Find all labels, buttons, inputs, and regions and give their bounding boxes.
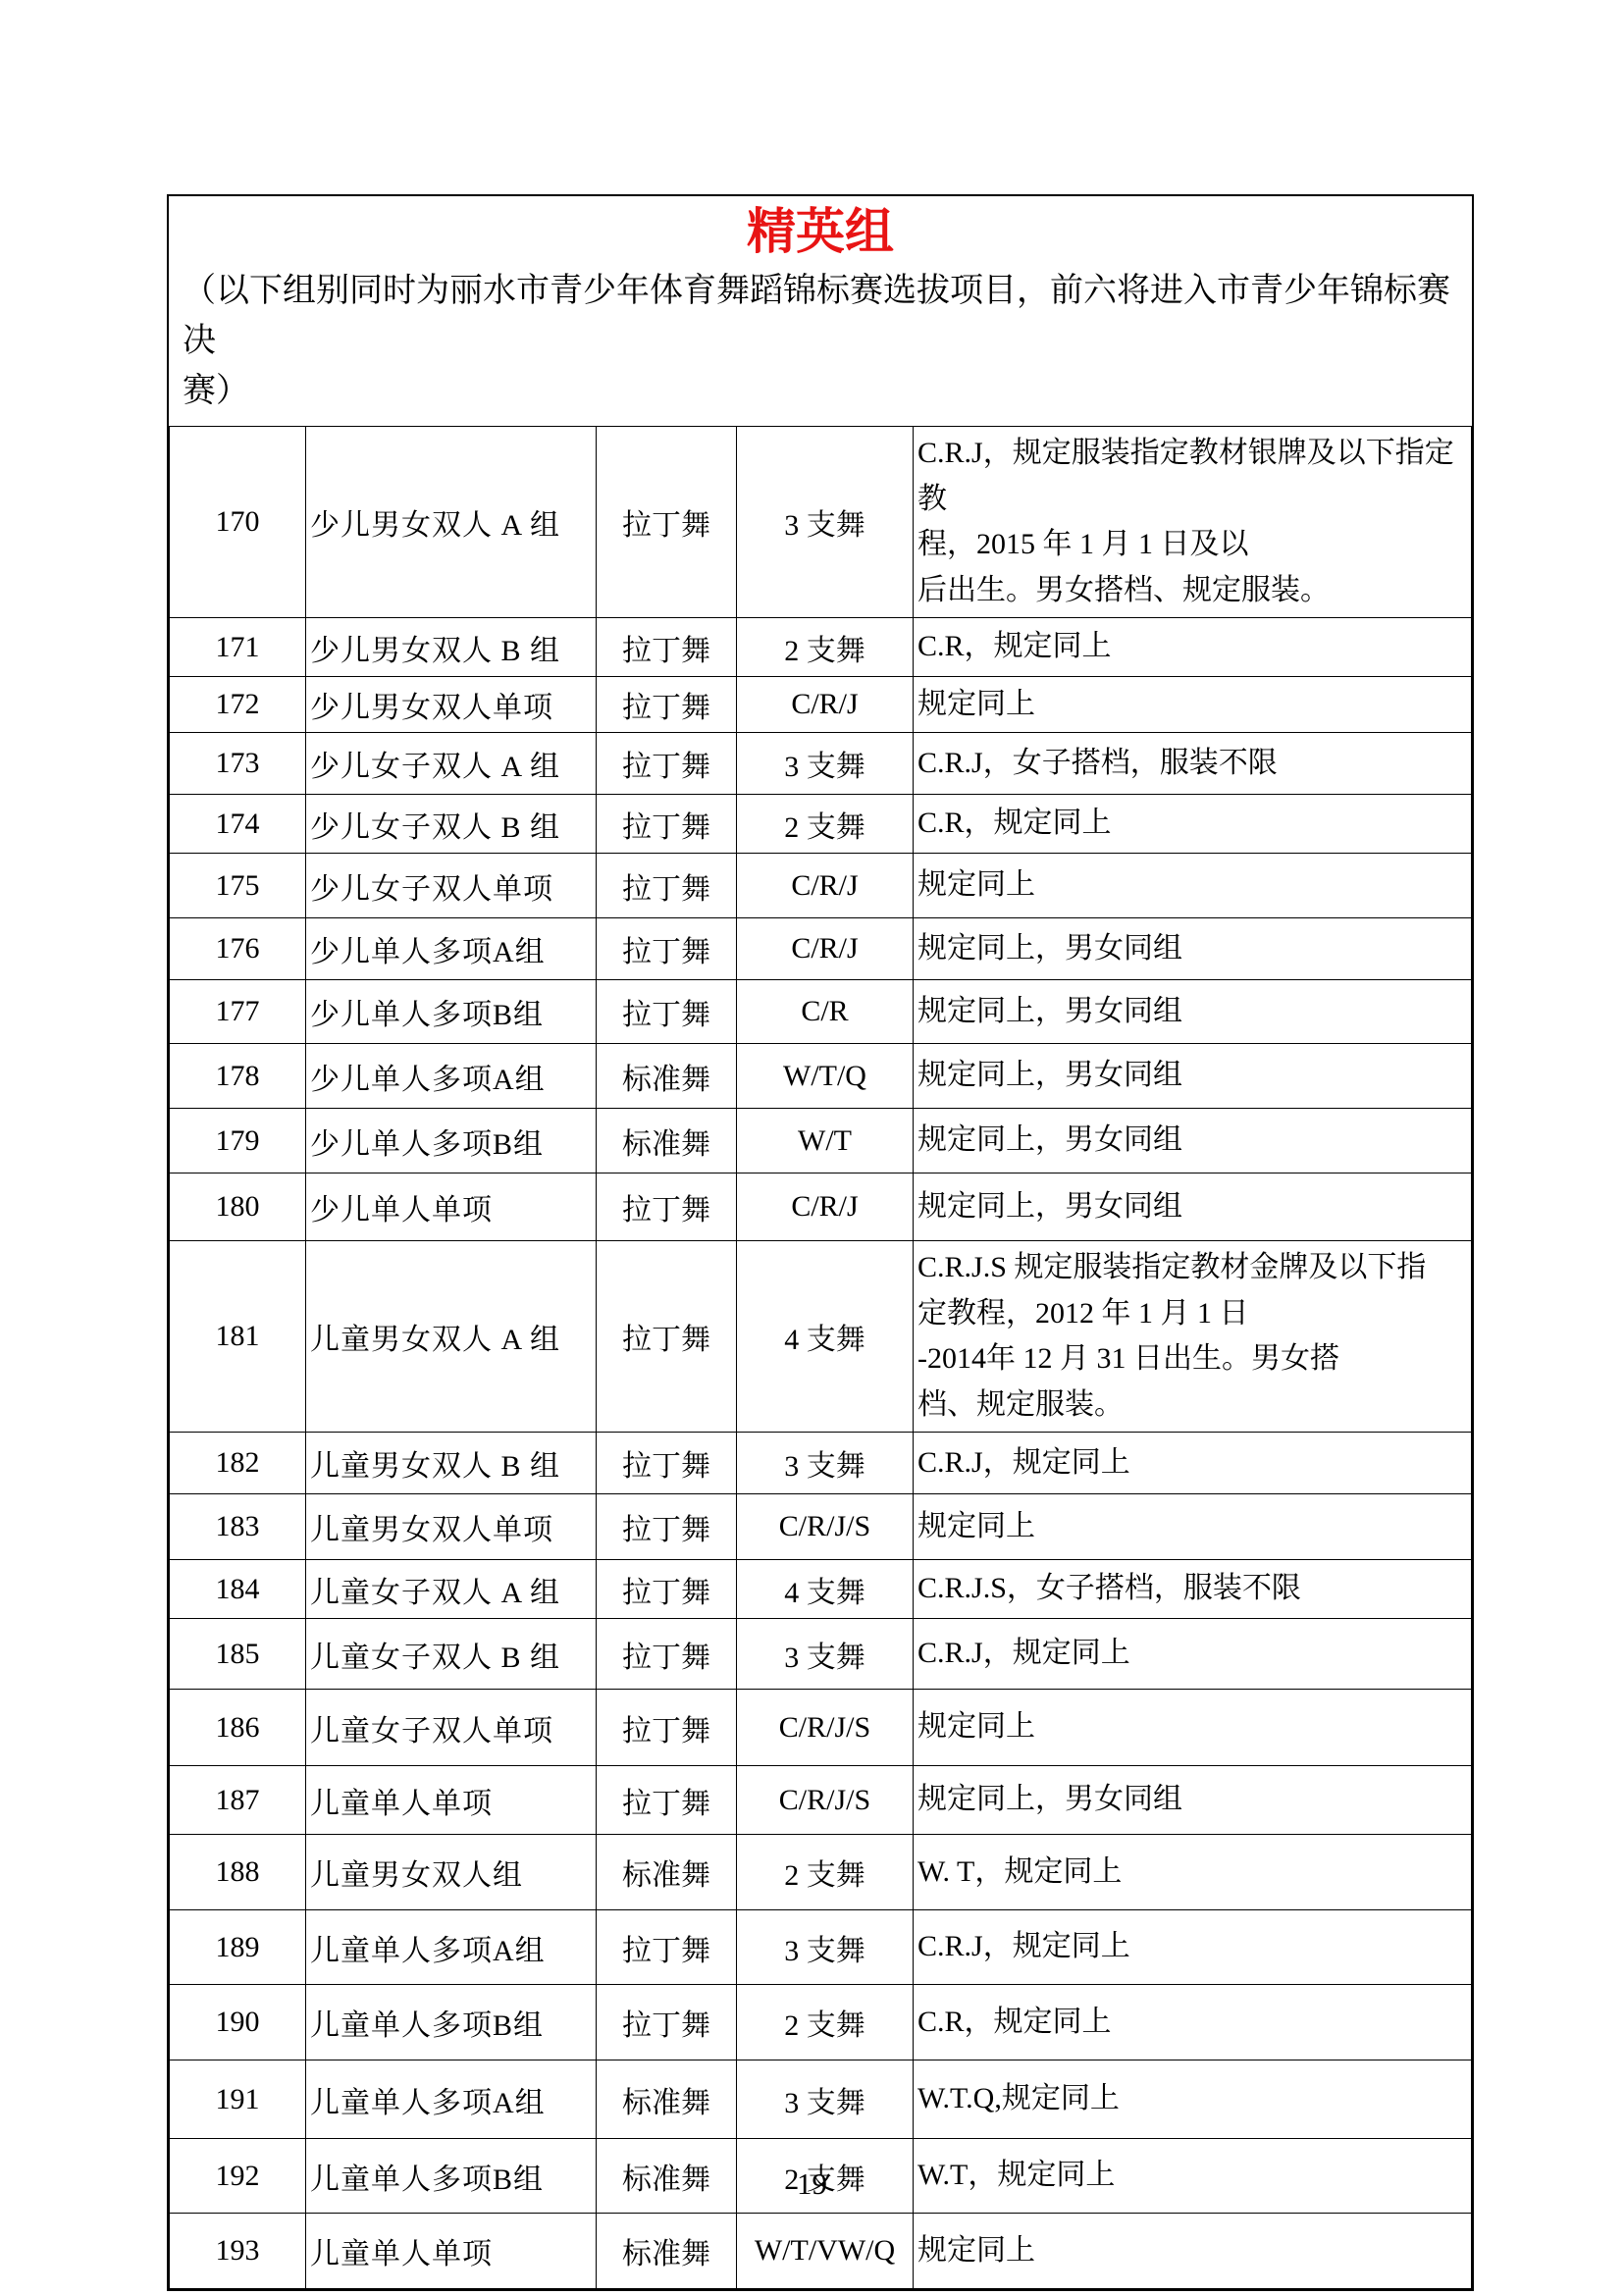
dance-type-cell: 拉丁舞: [597, 1910, 737, 1985]
table-row: 173少儿女子双人 A 组拉丁舞3 支舞C.R.J，女子搭档，服装不限: [170, 733, 1472, 795]
table-row: 187儿童单人单项拉丁舞C/R/J/S规定同上，男女同组: [170, 1766, 1472, 1835]
table-row: 174少儿女子双人 B 组拉丁舞2 支舞C.R，规定同上: [170, 795, 1472, 854]
dance-count-cell: W/T: [737, 1109, 914, 1174]
dance-count-cell: 3 支舞: [737, 733, 914, 795]
remark-cell: 规定同上，男女同组: [914, 1766, 1472, 1835]
row-number-cell: 191: [170, 2060, 306, 2139]
group-name-cell: 儿童女子双人单项: [306, 1690, 597, 1766]
group-name-cell: 儿童女子双人 B 组: [306, 1619, 597, 1690]
row-number-cell: 190: [170, 1985, 306, 2060]
remark-cell: 规定同上: [914, 1690, 1472, 1766]
row-number-cell: 181: [170, 1241, 306, 1433]
row-number-cell: 182: [170, 1433, 306, 1494]
row-number-cell: 178: [170, 1044, 306, 1109]
qualification-note: （以下组别同时为丽水市青少年体育舞蹈锦标赛选拔项目，前六将进入市青少年锦标赛决 …: [169, 264, 1472, 426]
group-name-cell: 少儿男女双人 B 组: [306, 618, 597, 677]
group-name-cell: 少儿单人单项: [306, 1174, 597, 1241]
remark-cell: C.R.J，规定服装指定教材银牌及以下指定教 程，2015 年 1 月 1 日及…: [914, 427, 1472, 618]
remark-cell: C.R，规定同上: [914, 1985, 1472, 2060]
dance-type-cell: 拉丁舞: [597, 1174, 737, 1241]
dance-count-cell: C/R/J/S: [737, 1766, 914, 1835]
group-name-cell: 少儿男女双人 A 组: [306, 427, 597, 618]
dance-type-cell: 标准舞: [597, 2214, 737, 2289]
remark-cell: W.T.Q,规定同上: [914, 2060, 1472, 2139]
row-number-cell: 193: [170, 2214, 306, 2289]
group-name-cell: 少儿单人多项A组: [306, 1044, 597, 1109]
dance-type-cell: 拉丁舞: [597, 1241, 737, 1433]
row-number-cell: 187: [170, 1766, 306, 1835]
table-row: 185儿童女子双人 B 组拉丁舞3 支舞C.R.J，规定同上: [170, 1619, 1472, 1690]
remark-cell: 规定同上，男女同组: [914, 1109, 1472, 1174]
dance-count-cell: W/T/Q: [737, 1044, 914, 1109]
dance-type-cell: 拉丁舞: [597, 1433, 737, 1494]
table-row: 172少儿男女双人单项拉丁舞C/R/J规定同上: [170, 677, 1472, 733]
dance-type-cell: 拉丁舞: [597, 1766, 737, 1835]
dance-type-cell: 拉丁舞: [597, 618, 737, 677]
remark-cell: C.R，规定同上: [914, 618, 1472, 677]
group-name-cell: 少儿单人多项B组: [306, 980, 597, 1044]
remark-cell: 规定同上: [914, 2214, 1472, 2289]
section-title: 精英组: [169, 200, 1472, 264]
table-row: 180少儿单人单项拉丁舞C/R/J规定同上，男女同组: [170, 1174, 1472, 1241]
remark-cell: C.R.J.S，女子搭档，服装不限: [914, 1560, 1472, 1619]
table-row: 186儿童女子双人单项拉丁舞C/R/J/S规定同上: [170, 1690, 1472, 1766]
dance-type-cell: 拉丁舞: [597, 795, 737, 854]
dance-count-cell: 3 支舞: [737, 1910, 914, 1985]
remark-cell: 规定同上，男女同组: [914, 980, 1472, 1044]
row-number-cell: 189: [170, 1910, 306, 1985]
dance-type-cell: 拉丁舞: [597, 733, 737, 795]
dance-type-cell: 拉丁舞: [597, 677, 737, 733]
remark-cell: C.R.J，规定同上: [914, 1910, 1472, 1985]
row-number-cell: 173: [170, 733, 306, 795]
table-row: 170少儿男女双人 A 组拉丁舞3 支舞C.R.J，规定服装指定教材银牌及以下指…: [170, 427, 1472, 618]
group-name-cell: 少儿单人多项B组: [306, 1109, 597, 1174]
group-name-cell: 少儿女子双人单项: [306, 854, 597, 918]
table-row: 183儿童男女双人单项拉丁舞C/R/J/S规定同上: [170, 1494, 1472, 1560]
remark-cell: C.R.J.S 规定服装指定教材金牌及以下指 定教程，2012 年 1 月 1 …: [914, 1241, 1472, 1433]
group-name-cell: 儿童单人多项B组: [306, 1985, 597, 2060]
dance-count-cell: 4 支舞: [737, 1560, 914, 1619]
row-number-cell: 184: [170, 1560, 306, 1619]
row-number-cell: 176: [170, 918, 306, 980]
remark-cell: 规定同上，男女同组: [914, 918, 1472, 980]
events-table-body: 170少儿男女双人 A 组拉丁舞3 支舞C.R.J，规定服装指定教材银牌及以下指…: [170, 427, 1472, 2289]
row-number-cell: 177: [170, 980, 306, 1044]
table-row: 177少儿单人多项B组拉丁舞C/R规定同上，男女同组: [170, 980, 1472, 1044]
group-name-cell: 儿童单人单项: [306, 1766, 597, 1835]
row-number-cell: 170: [170, 427, 306, 618]
row-number-cell: 172: [170, 677, 306, 733]
group-name-cell: 儿童男女双人组: [306, 1835, 597, 1910]
remark-cell: W. T，规定同上: [914, 1835, 1472, 1910]
dance-count-cell: 3 支舞: [737, 427, 914, 618]
remark-cell: 规定同上，男女同组: [914, 1044, 1472, 1109]
table-row: 189儿童单人多项A组拉丁舞3 支舞C.R.J，规定同上: [170, 1910, 1472, 1985]
table-row: 176少儿单人多项A组拉丁舞C/R/J规定同上，男女同组: [170, 918, 1472, 980]
remark-cell: C.R.J，规定同上: [914, 1619, 1472, 1690]
remark-cell: C.R.J，规定同上: [914, 1433, 1472, 1494]
group-name-cell: 儿童单人多项A组: [306, 2060, 597, 2139]
dance-type-cell: 拉丁舞: [597, 427, 737, 618]
dance-type-cell: 拉丁舞: [597, 918, 737, 980]
dance-count-cell: C/R/J: [737, 1174, 914, 1241]
dance-type-cell: 拉丁舞: [597, 1690, 737, 1766]
remark-cell: 规定同上，男女同组: [914, 1174, 1472, 1241]
group-name-cell: 儿童男女双人单项: [306, 1494, 597, 1560]
table-row: 188儿童男女双人组标准舞2 支舞W. T，规定同上: [170, 1835, 1472, 1910]
row-number-cell: 185: [170, 1619, 306, 1690]
group-name-cell: 少儿单人多项A组: [306, 918, 597, 980]
table-row: 179少儿单人多项B组标准舞W/T规定同上，男女同组: [170, 1109, 1472, 1174]
row-number-cell: 171: [170, 618, 306, 677]
row-number-cell: 183: [170, 1494, 306, 1560]
row-number-cell: 174: [170, 795, 306, 854]
remark-cell: C.R，规定同上: [914, 795, 1472, 854]
dance-type-cell: 标准舞: [597, 1109, 737, 1174]
page-number: 19: [0, 2166, 1624, 2202]
table-row: 178少儿单人多项A组标准舞W/T/Q规定同上，男女同组: [170, 1044, 1472, 1109]
remark-cell: C.R.J，女子搭档，服装不限: [914, 733, 1472, 795]
dance-count-cell: W/T/VW/Q: [737, 2214, 914, 2289]
dance-type-cell: 拉丁舞: [597, 1494, 737, 1560]
table-row: 191儿童单人多项A组标准舞3 支舞W.T.Q,规定同上: [170, 2060, 1472, 2139]
table-row: 182儿童男女双人 B 组拉丁舞3 支舞C.R.J，规定同上: [170, 1433, 1472, 1494]
group-name-cell: 儿童女子双人 A 组: [306, 1560, 597, 1619]
table-row: 193儿童单人单项标准舞W/T/VW/Q规定同上: [170, 2214, 1472, 2289]
dance-type-cell: 标准舞: [597, 2060, 737, 2139]
dance-type-cell: 标准舞: [597, 1835, 737, 1910]
dance-type-cell: 拉丁舞: [597, 1560, 737, 1619]
dance-type-cell: 拉丁舞: [597, 854, 737, 918]
table-row: 181儿童男女双人 A 组拉丁舞4 支舞C.R.J.S 规定服装指定教材金牌及以…: [170, 1241, 1472, 1433]
dance-count-cell: C/R/J: [737, 918, 914, 980]
dance-type-cell: 拉丁舞: [597, 1619, 737, 1690]
dance-count-cell: 4 支舞: [737, 1241, 914, 1433]
dance-count-cell: 3 支舞: [737, 1433, 914, 1494]
table-row: 184儿童女子双人 A 组拉丁舞4 支舞C.R.J.S，女子搭档，服装不限: [170, 1560, 1472, 1619]
events-table: 170少儿男女双人 A 组拉丁舞3 支舞C.R.J，规定服装指定教材银牌及以下指…: [169, 426, 1472, 2289]
group-name-cell: 少儿女子双人 B 组: [306, 795, 597, 854]
dance-count-cell: C/R: [737, 980, 914, 1044]
row-number-cell: 180: [170, 1174, 306, 1241]
remark-cell: 规定同上: [914, 1494, 1472, 1560]
dance-count-cell: C/R/J: [737, 854, 914, 918]
remark-cell: 规定同上: [914, 677, 1472, 733]
group-name-cell: 儿童单人单项: [306, 2214, 597, 2289]
group-name-cell: 儿童男女双人 A 组: [306, 1241, 597, 1433]
dance-count-cell: 2 支舞: [737, 618, 914, 677]
remark-cell: 规定同上: [914, 854, 1472, 918]
dance-count-cell: C/R/J/S: [737, 1494, 914, 1560]
row-number-cell: 175: [170, 854, 306, 918]
table-row: 175少儿女子双人单项拉丁舞C/R/J规定同上: [170, 854, 1472, 918]
elite-group-section: 精英组 （以下组别同时为丽水市青少年体育舞蹈锦标赛选拔项目，前六将进入市青少年锦…: [167, 194, 1474, 2291]
row-number-cell: 186: [170, 1690, 306, 1766]
group-name-cell: 儿童单人多项A组: [306, 1910, 597, 1985]
group-name-cell: 少儿男女双人单项: [306, 677, 597, 733]
dance-count-cell: 2 支舞: [737, 1985, 914, 2060]
group-name-cell: 少儿女子双人 A 组: [306, 733, 597, 795]
document-page: { "header": { "title": "精英组", "title_col…: [0, 0, 1624, 2295]
table-row: 171少儿男女双人 B 组拉丁舞2 支舞C.R，规定同上: [170, 618, 1472, 677]
dance-count-cell: C/R/J/S: [737, 1690, 914, 1766]
dance-count-cell: 3 支舞: [737, 1619, 914, 1690]
dance-type-cell: 拉丁舞: [597, 980, 737, 1044]
dance-count-cell: 2 支舞: [737, 1835, 914, 1910]
table-row: 190儿童单人多项B组拉丁舞2 支舞C.R，规定同上: [170, 1985, 1472, 2060]
group-name-cell: 儿童男女双人 B 组: [306, 1433, 597, 1494]
dance-count-cell: 2 支舞: [737, 795, 914, 854]
dance-type-cell: 标准舞: [597, 1044, 737, 1109]
row-number-cell: 188: [170, 1835, 306, 1910]
dance-count-cell: C/R/J: [737, 677, 914, 733]
dance-count-cell: 3 支舞: [737, 2060, 914, 2139]
row-number-cell: 179: [170, 1109, 306, 1174]
dance-type-cell: 拉丁舞: [597, 1985, 737, 2060]
